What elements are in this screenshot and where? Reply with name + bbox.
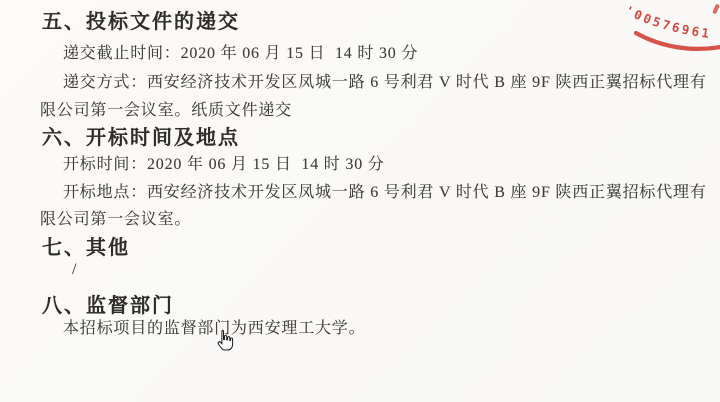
line-other-slash: /	[72, 262, 77, 278]
line-submission-deadline: 递交截止时间：2020 年 06 月 15 日 14 时 30 分	[63, 46, 418, 62]
heading-section-7: 七、其他	[42, 238, 130, 258]
heading-section-5: 五、投标文件的递交	[42, 12, 240, 32]
heading-section-8: 八、监督部门	[42, 296, 174, 316]
red-serial-stamp: '00576961	[606, 0, 720, 58]
hand-pointer-shape	[218, 330, 232, 350]
hand-pointer-cursor	[214, 329, 235, 354]
line-bid-opening-place-2: 限公司第一会议室。	[40, 212, 191, 228]
scanned-tender-document-page: 五、投标文件的递交 递交截止时间：2020 年 06 月 15 日 14 时 3…	[0, 0, 720, 402]
line-submission-method-1: 递交方式：西安经济技术开发区凤城一路 6 号利君 V 时代 B 座 9F 陕西正…	[63, 75, 707, 91]
heading-section-6: 六、开标时间及地点	[42, 128, 240, 148]
line-bid-opening-time: 开标时间：2020 年 06 月 15 日 14 时 30 分	[63, 157, 385, 173]
line-bid-opening-place-1: 开标地点：西安经济技术开发区凤城一路 6 号利君 V 时代 B 座 9F 陕西正…	[63, 185, 707, 201]
line-submission-method-2: 限公司第一会议室。纸质文件递交	[40, 103, 292, 119]
